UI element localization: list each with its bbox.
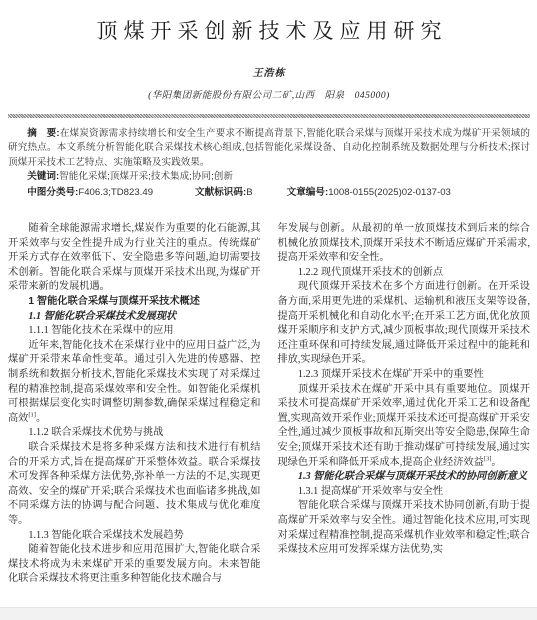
keywords-label: 关键词: [27,171,59,182]
article-id-field: 文章编号:1008-0155(2025)02-0137-03 [287,186,451,200]
body-column-right: 年发展与创新。从最初的单一放顶煤技术到后来的综合机械化放顶煤技术,顶煤开采技术不… [278,222,531,587]
body-paragraph: 联合采煤技术是将多种采煤方法和技术进行有机结合的开采方式,旨在提高煤矿开采整体效… [8,441,261,529]
body-paragraph: 随着全球能源需求增长,煤炭作为重要的化石能源,其开采效率与安全性提升成为行业关注… [8,222,261,295]
abstract-label: 摘 要: [27,128,59,139]
abstract-paragraph: 摘 要:在煤炭资源需求持续增长和安全生产要求不断提高背景下,智能化联合采煤与顶煤… [8,127,530,170]
body-column-left: 随着全球能源需求增长,煤炭作为重要的化石能源,其开采效率与安全性提升成为行业关注… [8,222,261,587]
keywords-text: 智能化采煤;顶煤开采;技术集成;协同;创新 [59,171,233,182]
section-heading: 1.3.1 提高煤矿开采效率与安全性 [278,485,531,500]
page-content: 顶煤开采创新技术及应用研究 王浩栋 (华阳集团新能股份有限公司二矿,山西 阳泉 … [0,15,537,587]
body-paragraph: 随着智能化技术进步和应用范围扩大,智能化联合采煤技术将成为未来煤矿开采的重要发展… [8,543,261,587]
doc-code-value: B [246,187,252,198]
clc-label: 中图分类号: [27,187,78,198]
body-paragraph: 年发展与创新。从最初的单一放顶煤技术到后来的综合机械化放顶煤技术,顶煤开采技术不… [278,222,531,266]
body-columns: 随着全球能源需求增长,煤炭作为重要的化石能源,其开采效率与安全性提升成为行业关注… [8,222,530,587]
clc-field: 中图分类号:F406.3;TD823.49 [27,186,153,200]
body-paragraph: 现代顶煤开采技术在多个方面进行创新。在开采设备方面,采用更先进的采煤机、运输机和… [278,280,531,368]
hatched-divider-rule [8,114,530,118]
body-paragraph: 近年来,智能化技术在采煤行业中的应用日益广泛,为煤矿开采带来革命性变革。通过引入… [8,339,261,427]
author-affiliation: (华阳集团新能股份有限公司二矿,山西 阳泉 045000) [8,87,530,101]
clc-value: F406.3;TD823.49 [78,187,153,198]
section-heading: 1.2.3 顶煤开采技术在煤矿开采中的重要性 [278,368,531,383]
keywords-line: 关键词:智能化采煤;顶煤开采;技术集成;协同;创新 [8,170,530,184]
body-paragraph: 顶煤开采技术在煤矿开采中具有重要地位。顶煤开采技术可提高煤矿开采效率,通过优化开… [278,383,531,471]
section-heading: 1.1.2 联合采煤技术优势与挑战 [8,426,261,441]
section-heading: 1.3 智能化联合采煤与顶煤开采技术的协同创新意义 [278,470,531,485]
section-heading: 1 智能化联合采煤与顶煤开采技术概述 [8,295,261,310]
citation-ref: [3] [484,455,492,462]
paper-page: 顶煤开采创新技术及应用研究 王浩栋 (华阳集团新能股份有限公司二矿,山西 阳泉 … [0,0,537,620]
section-heading: 1.1.1 智能化技术在采煤中的应用 [8,324,261,339]
doc-code-label: 文献标识码: [195,187,246,198]
article-id-label: 文章编号: [287,187,329,198]
section-heading: 1.1 智能化联合采煤技术发展现状 [8,310,261,325]
article-title: 顶煤开采创新技术及应用研究 [8,15,530,45]
section-heading: 1.1.3 智能化联合采煤技术发展趋势 [8,529,261,544]
page-cut-strip [0,607,537,620]
article-id-value: 1008-0155(2025)02-0137-03 [328,187,451,198]
article-meta-line: 中图分类号:F406.3;TD823.49 文献标识码:B 文章编号:1008-… [8,186,530,200]
abstract-block: 摘 要:在煤炭资源需求持续增长和安全生产要求不断提高背景下,智能化联合采煤与顶煤… [8,127,530,200]
author-name: 王浩栋 [8,64,530,79]
abstract-text: 在煤炭资源需求持续增长和安全生产要求不断提高背景下,智能化联合采煤与顶煤开采技术… [8,128,530,168]
section-heading: 1.2.2 现代顶煤开采技术的创新点 [278,266,531,281]
doc-code-field: 文献标识码:B [195,186,253,200]
citation-ref: [1] [28,411,36,418]
body-paragraph: 智能化联合采煤与顶煤开采技术协同创新,有助于提高煤矿开采效率与安全性。通过智能化… [278,499,531,557]
